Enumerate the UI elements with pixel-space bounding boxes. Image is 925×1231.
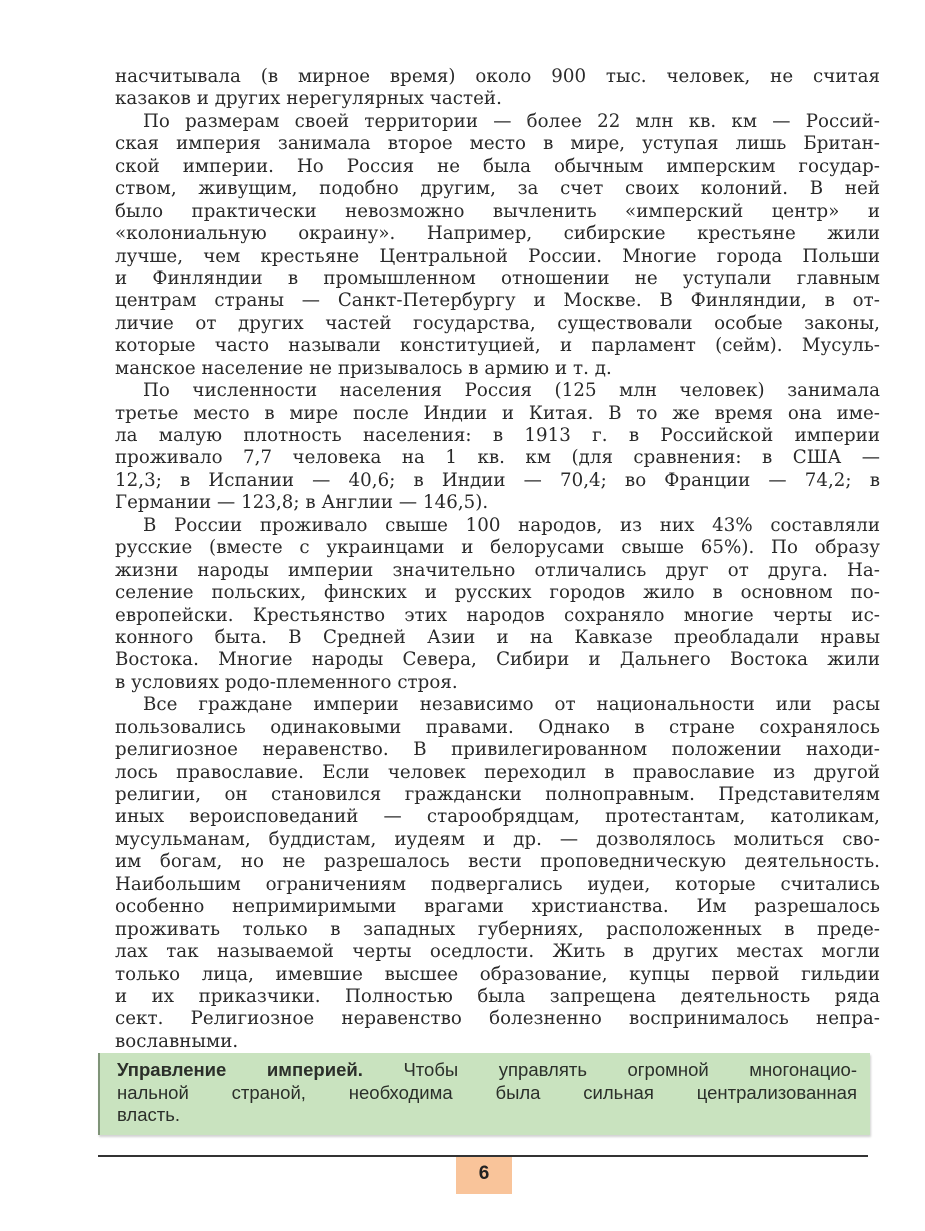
text-line: и Финляндии в промышленном отношении не … (115, 268, 880, 290)
text-line: конного быта. В Средней Азии и на Кавказ… (115, 627, 880, 649)
text-line: пользовались одинаковыми правами. Однако… (115, 717, 880, 739)
paragraph-first-line: Все граждане империи независимо от нацио… (115, 694, 880, 716)
text-line: ла малую плотность населения: в 1913 г. … (115, 425, 880, 447)
text-line: 12,3; в Испании — 40,6; в Индии — 70,4; … (115, 470, 880, 492)
main-text: насчитывала (в мирное время) около 900 т… (115, 66, 880, 1053)
callout-title: Управление империей. (117, 1059, 363, 1080)
text-line: европейски. Крестьянство этих народов со… (115, 605, 880, 627)
text-line: только лица, имевшие высшее образование,… (115, 964, 880, 986)
text-line: русские (вместе с украинцами и белорусам… (115, 537, 880, 559)
text-line: Германии — 123,8; в Англии — 146,5). (115, 492, 880, 514)
text-line: казаков и других нерегулярных частей. (115, 88, 880, 110)
text-line: ская империя занимала второе место в мир… (115, 133, 880, 155)
text-line: насчитывала (в мирное время) около 900 т… (115, 66, 880, 88)
callout-line: нальной страной, необходима была сильная… (117, 1082, 857, 1105)
summary-callout: Управление империей. Чтобы управлять огр… (98, 1053, 870, 1135)
text-line: Наибольшим ограничениям подвергались иуд… (115, 874, 880, 896)
text-line: религии, он становился граждански полноп… (115, 784, 880, 806)
text-line: особенно непримиримыми врагами христианс… (115, 896, 880, 918)
text-line: которые часто называли конституцией, и п… (115, 335, 880, 357)
textbook-page: насчитывала (в мирное время) около 900 т… (0, 0, 925, 1231)
text-line: селение польских, финских и русских горо… (115, 582, 880, 604)
text-line: сект. Религиозное неравенство болезненно… (115, 1008, 880, 1030)
text-line: личие от других частей государства, суще… (115, 313, 880, 335)
text-line: проживать только в западных губерниях, р… (115, 919, 880, 941)
text-line: жизни народы империи значительно отличал… (115, 560, 880, 582)
callout-line-1-rest: Чтобы управлять огромной многонацио- (403, 1059, 857, 1080)
text-line: было практически невозможно вычленить «и… (115, 201, 880, 223)
text-line: центрам страны — Санкт-Петербургу и Моск… (115, 290, 880, 312)
text-line: им богам, но не разрешалось вести пропов… (115, 851, 880, 873)
text-line: в условиях родо-племенного строя. (115, 672, 880, 694)
text-line: «колониальную окраину». Например, сибирс… (115, 223, 880, 245)
page-number: 6 (456, 1157, 512, 1194)
text-line: третье место в мире после Индии и Китая.… (115, 403, 880, 425)
text-line: лось православие. Если человек переходил… (115, 762, 880, 784)
text-line: и их приказчики. Полностью была запрещен… (115, 986, 880, 1008)
paragraph-first-line: По размерам своей территории — более 22 … (115, 111, 880, 133)
text-line: вославными. (115, 1031, 880, 1053)
callout-line: Управление империей. Чтобы управлять огр… (117, 1059, 857, 1082)
paragraph-first-line: По численности населения Россия (125 млн… (115, 380, 880, 402)
text-line: ской империи. Но Россия не была обычным … (115, 156, 880, 178)
text-line: иных вероисповеданий — старообрядцам, пр… (115, 806, 880, 828)
text-line: ством, живущим, подобно другим, за счет … (115, 178, 880, 200)
text-line: Востока. Многие народы Севера, Сибири и … (115, 649, 880, 671)
text-line: лах так называемой черты оседлости. Жить… (115, 941, 880, 963)
text-line: мусульманам, буддистам, иудеям и др. — д… (115, 829, 880, 851)
callout-text: Управление империей. Чтобы управлять огр… (117, 1059, 857, 1127)
paragraph-first-line: В России проживало свыше 100 народов, из… (115, 515, 880, 537)
text-line: религиозное неравенство. В привилегирова… (115, 739, 880, 761)
callout-line: власть. (117, 1104, 857, 1127)
text-line: лучше, чем крестьяне Центральной России.… (115, 246, 880, 268)
text-line: проживало 7,7 человека на 1 кв. км (для … (115, 447, 880, 469)
text-line: манское население не призывалось в армию… (115, 358, 880, 380)
